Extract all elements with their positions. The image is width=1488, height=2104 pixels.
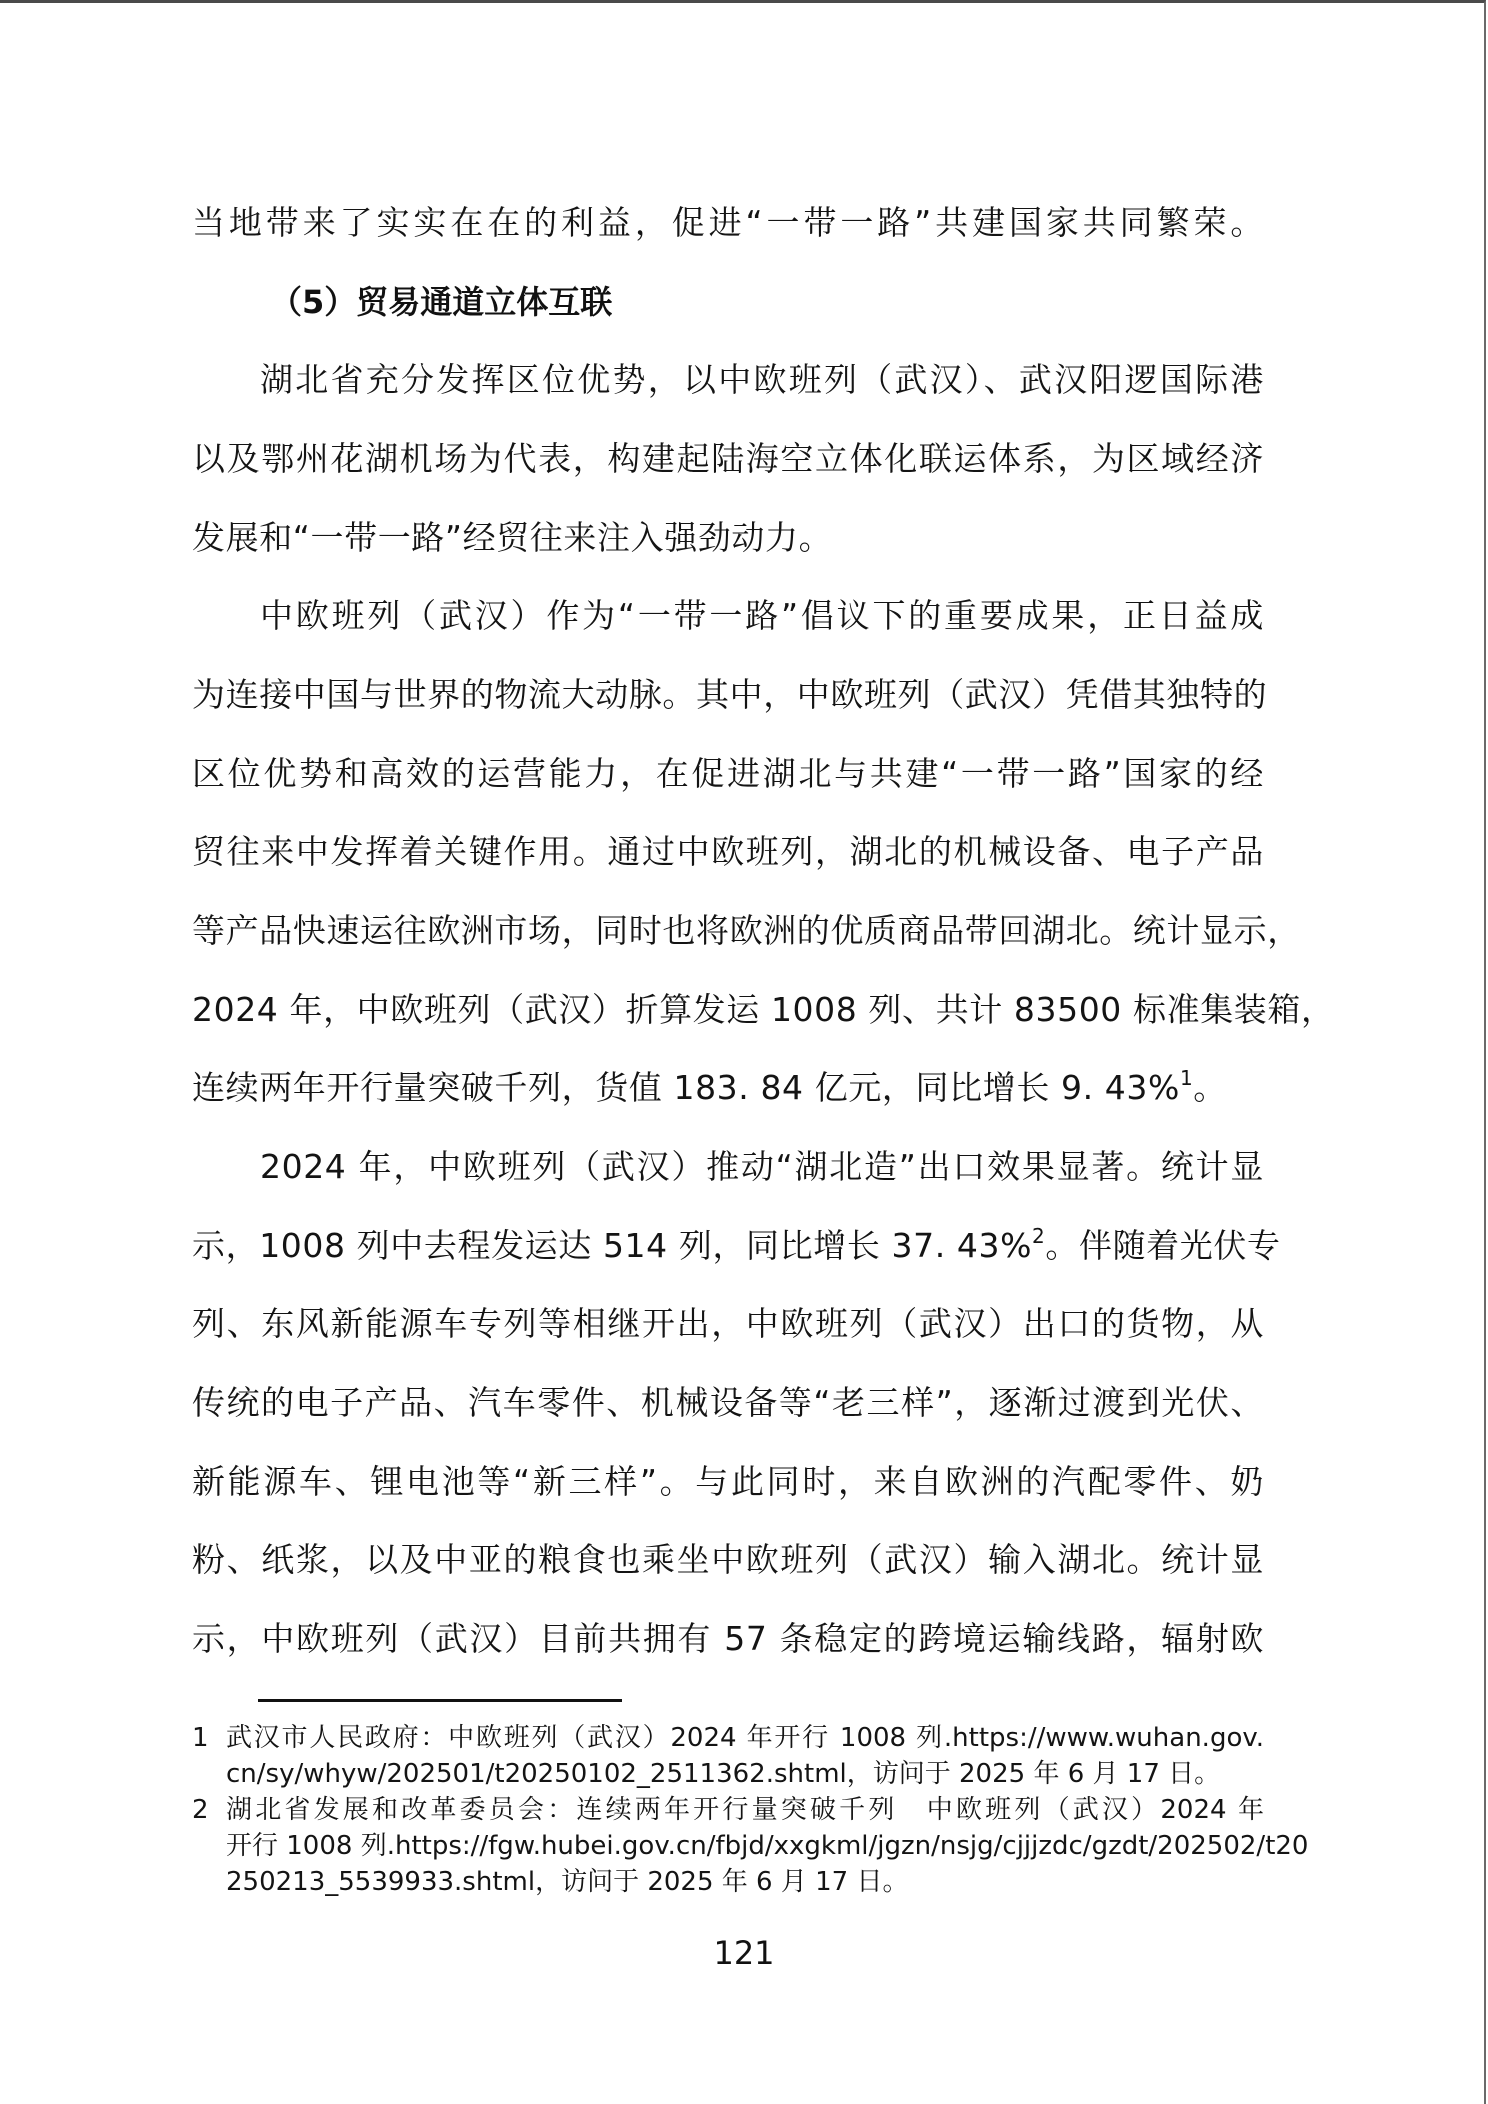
body-line: 当地带来了实实在在的利益，促进“一带一路”共建国家共同繁荣。 (192, 203, 1264, 243)
footnote-text-line[interactable]: 湖北省发展和改革委员会：连续两年开行量突破千列 中欧班列（武汉）2024 年 (226, 1793, 1264, 1827)
body-line: 粉、纸浆，以及中亚的粮食也乘坐中欧班列（武汉）输入湖北。统计显 (192, 1540, 1264, 1580)
body-line: 列、东风新能源车专列等相继开出，中欧班列（武汉）出口的货物，从 (192, 1304, 1264, 1344)
body-text: 连续两年开行量突破千列，货值 183. 84 亿元，同比增长 9. 43% (192, 1068, 1180, 1107)
body-line: 为连接中国与世界的物流大动脉。其中，中欧班列（武汉）凭借其独特的 (192, 675, 1264, 715)
document-page: 当地带来了实实在在的利益，促进“一带一路”共建国家共同繁荣。 （5）贸易通道立体… (0, 0, 1486, 2104)
text-column: 当地带来了实实在在的利益，促进“一带一路”共建国家共同繁荣。 （5）贸易通道立体… (192, 3, 1264, 2104)
section-heading: （5）贸易通道立体互联 (270, 282, 612, 322)
footnote-text-line[interactable]: cn/sy/whyw/202501/t20250102_2511362.shtm… (226, 1757, 1220, 1791)
footnote-text-line[interactable]: 250213_5539933.shtml，访问于 2025 年 6 月 17 日… (226, 1865, 908, 1899)
body-line: 湖北省充分发挥区位优势，以中欧班列（武汉）、武汉阳逻国际港 (260, 360, 1264, 400)
footnote-number: 1 (192, 1721, 209, 1755)
footnote-ref-2[interactable]: 2 (1032, 1224, 1045, 1248)
body-line: 贸往来中发挥着关键作用。通过中欧班列，湖北的机械设备、电子产品 (192, 832, 1264, 872)
body-text: 。伴随着光伏专 (1045, 1226, 1280, 1265)
body-line: 2024 年，中欧班列（武汉）折算发运 1008 列、共计 83500 标准集装… (192, 990, 1264, 1030)
footnote-ref-1[interactable]: 1 (1180, 1066, 1193, 1090)
footnote-text-line[interactable]: 武汉市人民政府：中欧班列（武汉）2024 年开行 1008 列.https://… (226, 1721, 1264, 1755)
body-line: 示，中欧班列（武汉）目前共拥有 57 条稳定的跨境运输线路，辐射欧 (192, 1619, 1264, 1659)
footnote-separator (258, 1699, 622, 1702)
body-line: 中欧班列（武汉）作为“一带一路”倡议下的重要成果，正日益成 (260, 596, 1264, 636)
body-line: 传统的电子产品、汽车零件、机械设备等“老三样”，逐渐过渡到光伏、 (192, 1383, 1264, 1423)
body-line: 连续两年开行量突破千列，货值 183. 84 亿元，同比增长 9. 43%1。 (192, 1068, 1227, 1108)
body-line: 2024 年，中欧班列（武汉）推动“湖北造”出口效果显著。统计显 (260, 1147, 1264, 1187)
body-line: 以及鄂州花湖机场为代表，构建起陆海空立体化联运体系，为区域经济 (192, 439, 1264, 479)
footnote-number: 2 (192, 1793, 209, 1827)
body-line: 区位优势和高效的运营能力，在促进湖北与共建“一带一路”国家的经 (192, 754, 1264, 794)
body-line: 新能源车、锂电池等“新三样”。与此同时，来自欧洲的汽配零件、奶 (192, 1462, 1264, 1502)
body-line: 等产品快速运往欧洲市场，同时也将欧洲的优质商品带回湖北。统计显示， (192, 911, 1264, 951)
body-text: 。 (1193, 1068, 1227, 1107)
page-number: 121 (0, 1933, 1488, 1973)
body-line: 发展和“一带一路”经贸往来注入强劲动力。 (192, 518, 832, 558)
body-text: 示，1008 列中去程发运达 514 列，同比增长 37. 43% (192, 1226, 1032, 1265)
body-line: 示，1008 列中去程发运达 514 列，同比增长 37. 43%2。伴随着光伏… (192, 1226, 1281, 1266)
footnote-text-line[interactable]: 开行 1008 列.https://fgw.hubei.gov.cn/fbjd/… (226, 1829, 1264, 1863)
